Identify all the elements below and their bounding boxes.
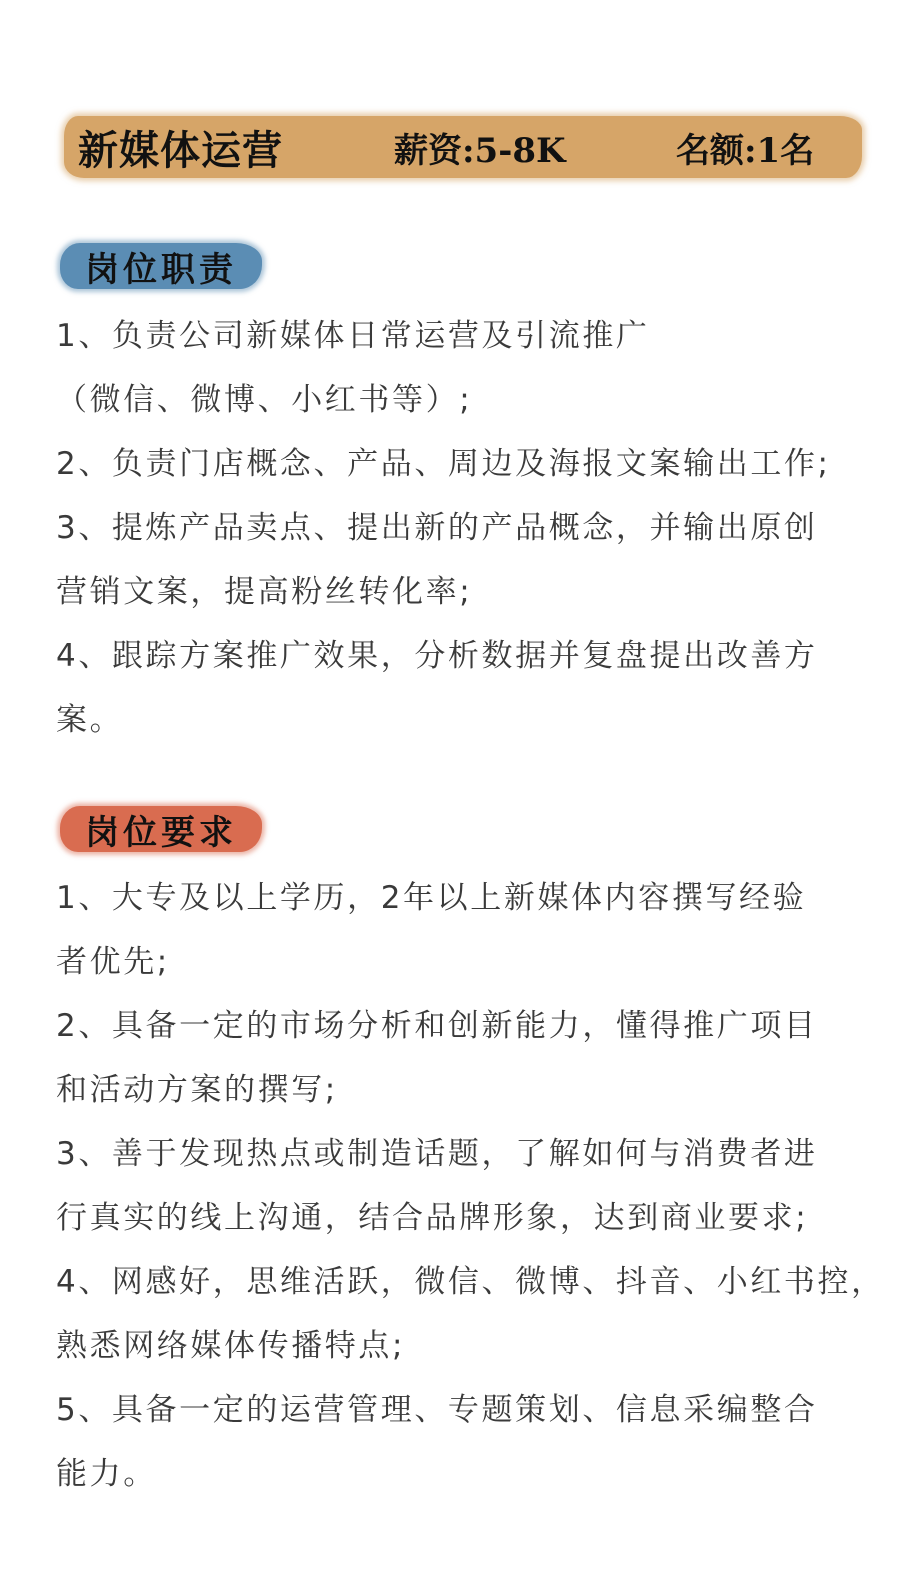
requirements-line: 4、网感好，思维活跃，微信、微博、抖音、小红书控， <box>56 1250 886 1314</box>
requirements-line: 1、大专及以上学历，2年以上新媒体内容撰写经验 <box>56 866 886 930</box>
requirements-line: 5、具备一定的运营管理、专题策划、信息采编整合 <box>56 1378 886 1442</box>
duties-section-tag: 岗位职责 <box>60 243 262 289</box>
requirements-list: 1、大专及以上学历，2年以上新媒体内容撰写经验 者优先; 2、具备一定的市场分析… <box>56 866 886 1506</box>
salary-label: 薪资:5-8K <box>394 123 566 172</box>
duties-line: （微信、微博、小红书等）; <box>56 368 886 432</box>
requirements-line: 者优先; <box>56 930 886 994</box>
requirements-section-tag: 岗位要求 <box>60 806 262 852</box>
duties-line: 4、跟踪方案推广效果，分析数据并复盘提出改善方 <box>56 624 886 688</box>
requirements-line: 3、善于发现热点或制造话题，了解如何与消费者进 <box>56 1122 886 1186</box>
duties-line: 2、负责门店概念、产品、周边及海报文案输出工作; <box>56 432 886 496</box>
duties-list: 1、负责公司新媒体日常运营及引流推广 （微信、微博、小红书等）; 2、负责门店概… <box>56 304 886 752</box>
job-title-banner: 新媒体运营 薪资:5-8K 名额:1名 <box>64 116 862 178</box>
duties-line: 营销文案，提高粉丝转化率; <box>56 560 886 624</box>
duties-line: 3、提炼产品卖点、提出新的产品概念，并输出原创 <box>56 496 886 560</box>
requirements-line: 2、具备一定的市场分析和创新能力，懂得推广项目 <box>56 994 886 1058</box>
job-title: 新媒体运营 <box>78 119 283 176</box>
requirements-line: 行真实的线上沟通，结合品牌形象，达到商业要求; <box>56 1186 886 1250</box>
requirements-line: 和活动方案的撰写; <box>56 1058 886 1122</box>
requirements-line: 能力。 <box>56 1442 886 1506</box>
quota-label: 名额:1名 <box>676 123 814 172</box>
duties-line: 1、负责公司新媒体日常运营及引流推广 <box>56 304 886 368</box>
duties-line: 案。 <box>56 688 886 752</box>
requirements-line: 熟悉网络媒体传播特点; <box>56 1314 886 1378</box>
